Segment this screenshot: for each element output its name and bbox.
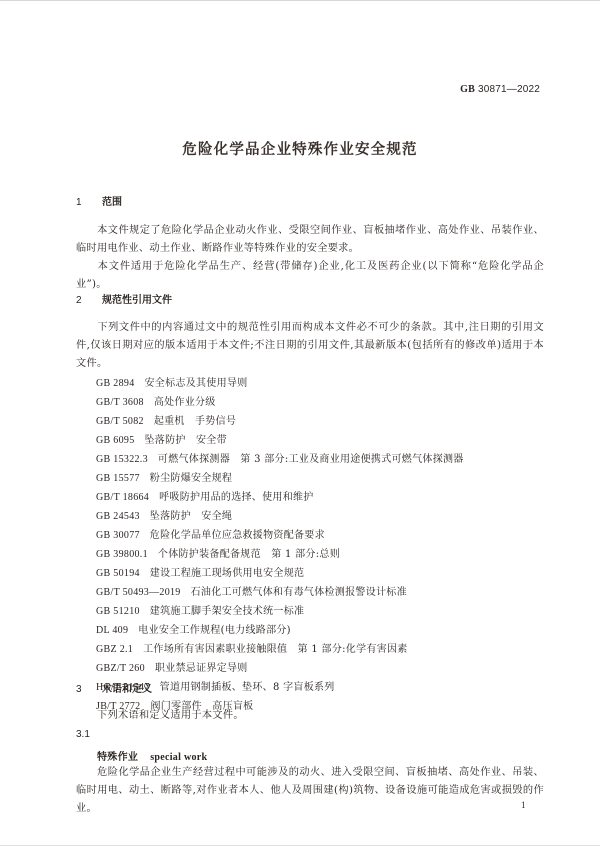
reference-item: GB 15577粉尘防爆安全规程 bbox=[96, 469, 464, 488]
reference-item: GB 50194建设工程施工现场供用电安全规范 bbox=[96, 564, 464, 583]
reference-item: GB/T 3608高处作业分级 bbox=[96, 393, 464, 412]
page-top-edge bbox=[0, 0, 600, 1]
normative-references-intro: 下列文件中的内容通过文中的规范性引用而构成本文件必不可少的条款。其中,注日期的引… bbox=[76, 319, 544, 373]
reference-item: GB/T 5082起重机 手势信号 bbox=[96, 412, 464, 431]
scope-paragraph-2: 本文件适用于危险化学品生产、经营(带储存)企业,化工及医药企业(以下简称“危险化… bbox=[76, 258, 544, 294]
reference-item: GB 30077危险化学品单位应急救援物资配备要求 bbox=[96, 526, 464, 545]
section-heading-terms-definitions: 3术语和定义 bbox=[76, 680, 152, 695]
reference-item: GBZ/T 260职业禁忌证界定导则 bbox=[96, 659, 464, 678]
reference-item: GB 6095坠落防护 安全带 bbox=[96, 431, 464, 450]
reference-item: GB 39800.1个体防护装备配备规范 第 1 部分:总则 bbox=[96, 545, 464, 564]
reference-item: GB 51210建筑施工脚手架安全技术统一标准 bbox=[96, 602, 464, 621]
terms-intro: 下列术语和定义适用于本文件。 bbox=[76, 707, 544, 725]
section-heading-scope: 1范围 bbox=[76, 193, 122, 208]
reference-list: GB 2894安全标志及其使用导则 GB/T 3608高处作业分级 GB/T 5… bbox=[96, 374, 464, 716]
page-bottom-edge bbox=[0, 845, 600, 846]
reference-item: DL 409电业安全工作规程(电力线路部分) bbox=[96, 621, 464, 640]
term-heading: 特殊作业special work bbox=[97, 748, 207, 763]
scope-paragraph-1: 本文件规定了危险化学品企业动火作业、受限空间作业、盲板抽堵作业、高处作业、吊装作… bbox=[76, 222, 544, 258]
reference-item: GB/T 50493—2019石油化工可燃气体和有毒气体检测报警设计标准 bbox=[96, 583, 464, 602]
document-number: GB 30871—2022 bbox=[460, 84, 540, 95]
page-number: 1 bbox=[521, 800, 526, 810]
clause-number: 3.1 bbox=[76, 729, 90, 740]
reference-item: GB 2894安全标志及其使用导则 bbox=[96, 374, 464, 393]
reference-item: GB/T 18664呼吸防护用品的选择、使用和维护 bbox=[96, 488, 464, 507]
term-definition: 危险化学品企业生产经营过程中可能涉及的动火、进入受限空间、盲板抽堵、高处作业、吊… bbox=[76, 764, 544, 818]
reference-item: GBZ 2.1工作场所有害因素职业接触限值 第 1 部分:化学有害因素 bbox=[96, 640, 464, 659]
reference-item: GB 15322.3可燃气体探测器 第 3 部分:工业及商业用途便携式可燃气体探… bbox=[96, 450, 464, 469]
section-heading-normative-references: 2规范性引用文件 bbox=[76, 291, 172, 306]
document-title: 危险化学品企业特殊作业安全规范 bbox=[0, 138, 600, 159]
reference-item: GB 24543坠落防护 安全绳 bbox=[96, 507, 464, 526]
